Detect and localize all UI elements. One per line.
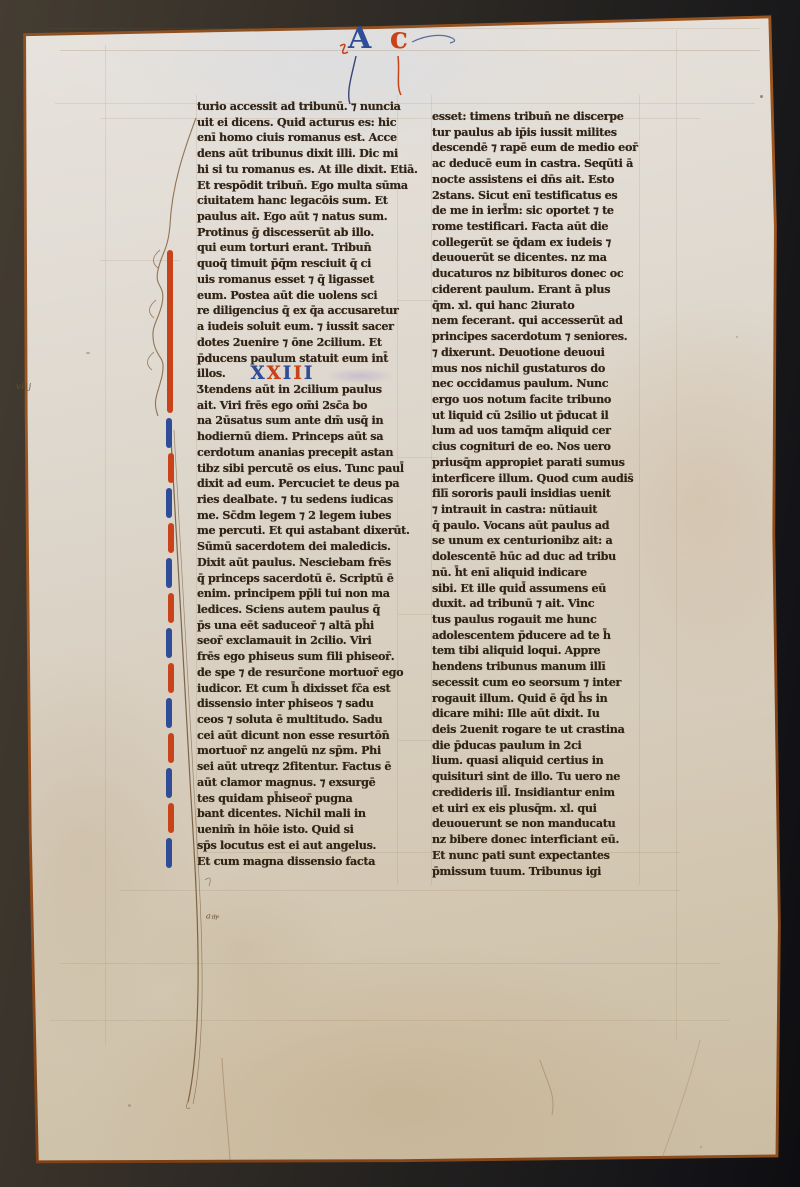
text-line: frēs ego phiseus sum fili phiseor̄.: [197, 649, 395, 665]
text-column-left: turio accessit ad tribunū. ⁊ nunciauit e…: [197, 99, 395, 869]
text-line: cerdotum ananias precepit astan: [197, 445, 395, 461]
paragraph-bar: [166, 768, 172, 798]
lower-margin-mark: am̄ͣ: [205, 911, 219, 922]
text-line: Dixit aūt paulus. Nesciebam frēs: [197, 555, 395, 571]
margin-note: viij: [16, 382, 32, 391]
text-line: bant dicentes. Nichil mali in: [197, 806, 395, 822]
text-line: tus paulus rogauit me hunc: [432, 612, 637, 628]
text-line: ducaturos nz bibituros donec oc: [432, 266, 637, 282]
text-line: ciuitatem hanc legacōis sum. Et: [197, 193, 395, 209]
text-column-right: esset: timens tribun̄ ne discerpetur pau…: [432, 109, 637, 879]
text-line: tes quidam ph̄iseor̄ pugna: [197, 791, 395, 807]
text-line: iudicor. Et cum h̄ dixisset fc̄a est: [197, 681, 395, 697]
text-line: illos.XXIII: [197, 366, 395, 382]
text-line: deuouerūt se dicentes. nz ma: [432, 250, 637, 266]
text-line: sp̄s locutus est ei aut angelus.: [197, 838, 395, 854]
paragraph-bar: [166, 418, 172, 448]
text-line: hendens tribunus manum illī: [432, 659, 637, 675]
text-line: dotes 2uenire ⁊ ōne 2cilium. Et: [197, 335, 395, 351]
text-line: uis romanus esset ⁊ q̄ ligasset: [197, 272, 395, 288]
text-line: mus nos nichil gustaturos do: [432, 361, 637, 377]
text-line: Et cum magna dissensio facta: [197, 854, 395, 870]
text-line: tem tibi aliquid loqui. Appre: [432, 643, 637, 659]
text-line: dixit ad eum. Percuciet te deus pa: [197, 476, 395, 492]
paragraph-bar: [167, 250, 173, 413]
text-line: ait. Viri frēs ego om̄i 2sc̄a bo: [197, 398, 395, 414]
text-line: dolescentē hūc ad duc ad tribu: [432, 549, 637, 565]
text-line: p̄missum tuum. Tribunus igi: [432, 864, 637, 880]
text-line: deis 2uenit rogare te ut crastina: [432, 722, 637, 738]
text-line: ciderent paulum. Erant ā plus: [432, 282, 637, 298]
text-line: quisituri sint de illo. Tu uero ne: [432, 769, 637, 785]
text-line: nem fecerant. qui accesserūt ad: [432, 313, 637, 329]
text-line: ergo uos notum facite tribuno: [432, 392, 637, 408]
text-line: Sūmū sacerdotem dei maledicis.: [197, 539, 395, 555]
text-line: deuouerunt se non manducatu: [432, 816, 637, 832]
paragraph-bar: [168, 663, 174, 693]
text-line: hodiernū diem. Princeps aūt sa: [197, 429, 395, 445]
text-line: lium. quasi aliquid certius in: [432, 753, 637, 769]
text-line: paulus ait. Ego aūt ⁊ natus sum.: [197, 209, 395, 225]
text-line: turio accessit ad tribunū. ⁊ nuncia: [197, 99, 395, 115]
text-line: collegerūt se q̄dam ex iudeis ⁊: [432, 235, 637, 251]
text-line: 2stans. Sicut enī testificatus es: [432, 188, 637, 204]
text-line: cius cognituri de eo. Nos uero: [432, 439, 637, 455]
text-line: nz bibere donec interficiant eū.: [432, 832, 637, 848]
text-line: interficere illum. Quod cum audis̄: [432, 471, 637, 487]
text-line: dens aūt tribunus dixit illi. Dic mi: [197, 146, 395, 162]
speck: [736, 336, 738, 338]
text-line: et uiri ex eis plusq̄m. xl. qui: [432, 801, 637, 817]
text-line: enī homo ciuis romanus est. Acce: [197, 130, 395, 146]
text-line: tibz sibi percutē os eius. Tunc paul̄: [197, 461, 395, 477]
speck: [760, 95, 763, 98]
text-line: hi si tu romanus es. At ille dixit. Etia…: [197, 162, 395, 178]
text-line: ut liquid cū 2silio ut p̄ducat il: [432, 408, 637, 424]
speck: [128, 1104, 131, 1107]
text-line: secessit cum eo seorsum ⁊ inter: [432, 675, 637, 691]
text-line: ledices. Sciens autem paulus q̄: [197, 602, 395, 618]
text-line: ⁊ intrauit in castra: nūtiauit: [432, 502, 637, 518]
chapter-number: XXIII: [250, 366, 314, 382]
text-line: me. Sc̄dm legem ⁊ 2 legem iubes: [197, 508, 395, 524]
text-line: re diligencius q̄ ex q̄a accusaretur: [197, 303, 395, 319]
text-line: nec occidamus paulum. Nunc: [432, 376, 637, 392]
text-line: credideris ill̄. Insidiantur enim: [432, 785, 637, 801]
text-line: Et respōdit tribun̄. Ego multa sūma: [197, 178, 395, 194]
text-line: nū. h̄t enī aliquid indicare: [432, 565, 637, 581]
text-line: qui eum torturi erant. Tribun̄: [197, 240, 395, 256]
text-line: lum ad uos tamq̄m aliquid cer: [432, 423, 637, 439]
speck: [86, 352, 90, 354]
paragraph-bar: [166, 838, 172, 868]
paragraph-bar: [166, 488, 172, 518]
text-line: de spe ⁊ de resurc̄one mortuor̄ ego: [197, 665, 395, 681]
text-line: quoq̄ timuit p̄q̄m resciuit q̄ ci: [197, 256, 395, 272]
text-line: ries dealbate. ⁊ tu sedens iudicas: [197, 492, 395, 508]
text-line: q̄ paulo. Vocans aūt paulus ad: [432, 518, 637, 534]
text-line: priusq̄m appropiet parati sumus: [432, 455, 637, 471]
text-line: se unum ex centurionibz ait: a: [432, 533, 637, 549]
text-line: uenim̄ in hōie isto. Quid si: [197, 822, 395, 838]
text-line: Et nunc pati sunt expectantes: [432, 848, 637, 864]
text-line: esset: timens tribun̄ ne discerpe: [432, 109, 637, 125]
text-line: dissensio inter phiseos ⁊ sadu: [197, 696, 395, 712]
text-line: p̄s una eēt saduceor̄ ⁊ altā ph̄i: [197, 618, 395, 634]
paragraph-bar: [168, 733, 174, 763]
text-line: tur paulus ab ip̄is iussit milites: [432, 125, 637, 141]
text-line: aūt clamor magnus. ⁊ exsurgē: [197, 775, 395, 791]
text-line: adolescentem p̄ducere ad te h̄: [432, 628, 637, 644]
paragraph-bar: [166, 698, 172, 728]
text-line: de me in ierl̄m: sic oportet ⁊ te: [432, 203, 637, 219]
text-line: eum. Postea aūt die uolens sci: [197, 288, 395, 304]
photograph-of-manuscript-leaf: A c viij am̄ͣ turio accessit ad tribunū.…: [0, 0, 800, 1187]
text-line: dicare mihi: Ille aūt dixit. Iu: [432, 706, 637, 722]
paragraph-bar: [166, 558, 172, 588]
text-line: uit ei dicens. Quid acturus es: hic: [197, 115, 395, 131]
text-line: ac deducē eum in castra. Seqūti ā: [432, 156, 637, 172]
text-line: ceos ⁊ soluta ē multitudo. Sadu: [197, 712, 395, 728]
text-line: duxit. ad tribunū ⁊ ait. Vinc: [432, 596, 637, 612]
text-line: principes sacerdotum ⁊ seniores.: [432, 329, 637, 345]
paragraph-bar: [168, 453, 174, 483]
text-line: filī sororis pauli insidias uenit: [432, 486, 637, 502]
text-line: sei aūt utreqz 2fitentur. Factus ē: [197, 759, 395, 775]
speck: [700, 1146, 702, 1148]
text-line: q̄ princeps sacerdotū ē. Scriptū ē: [197, 571, 395, 587]
text-line: a iudeis soluit eum. ⁊ iussit sacer: [197, 319, 395, 335]
text-line: na 2ūsatus sum ante dm̄ usq̄ in: [197, 413, 395, 429]
paragraph-bar: [168, 593, 174, 623]
running-title-letter-A: A: [348, 24, 371, 54]
text-line: die p̄ducas paulum in 2ci: [432, 738, 637, 754]
running-title: A c: [348, 24, 408, 54]
text-line: seor̄ exclamauit in 2cilio. Viri: [197, 633, 395, 649]
text-line: rome testificari. Facta aūt die: [432, 219, 637, 235]
text-line: q̄m. xl. qui hanc 2iurato: [432, 298, 637, 314]
text-line: cei aūt dicunt non esse resurtōn̄: [197, 728, 395, 744]
text-line: Protinus ḡ discesserūt ab illo.: [197, 225, 395, 241]
text-line: nocte assistens ei dn̄s ait. Esto: [432, 172, 637, 188]
text-line: descendē ⁊ rapē eum de medio eor̄: [432, 140, 637, 156]
paragraph-bar: [168, 523, 174, 553]
paragraph-bar: [166, 628, 172, 658]
text-line: sibi. Et ille quid̄ assumens eū: [432, 581, 637, 597]
text-line: enim. principem pp̄li tui non ma: [197, 586, 395, 602]
paragraph-bar: [168, 803, 174, 833]
text-line: me percuti. Et qui astabant dixerūt.: [197, 523, 395, 539]
text-line: mortuor̄ nz angelū nz sp̄m. Phi: [197, 743, 395, 759]
text-line: rogauit illum. Quid ē q̄d h̄s in: [432, 691, 637, 707]
text-line: Ʒtendens aūt in 2cilium paulus: [197, 382, 395, 398]
running-title-letter-c: c: [390, 24, 408, 54]
text-line: ⁊ dixerunt. Deuotione deuoui: [432, 345, 637, 361]
